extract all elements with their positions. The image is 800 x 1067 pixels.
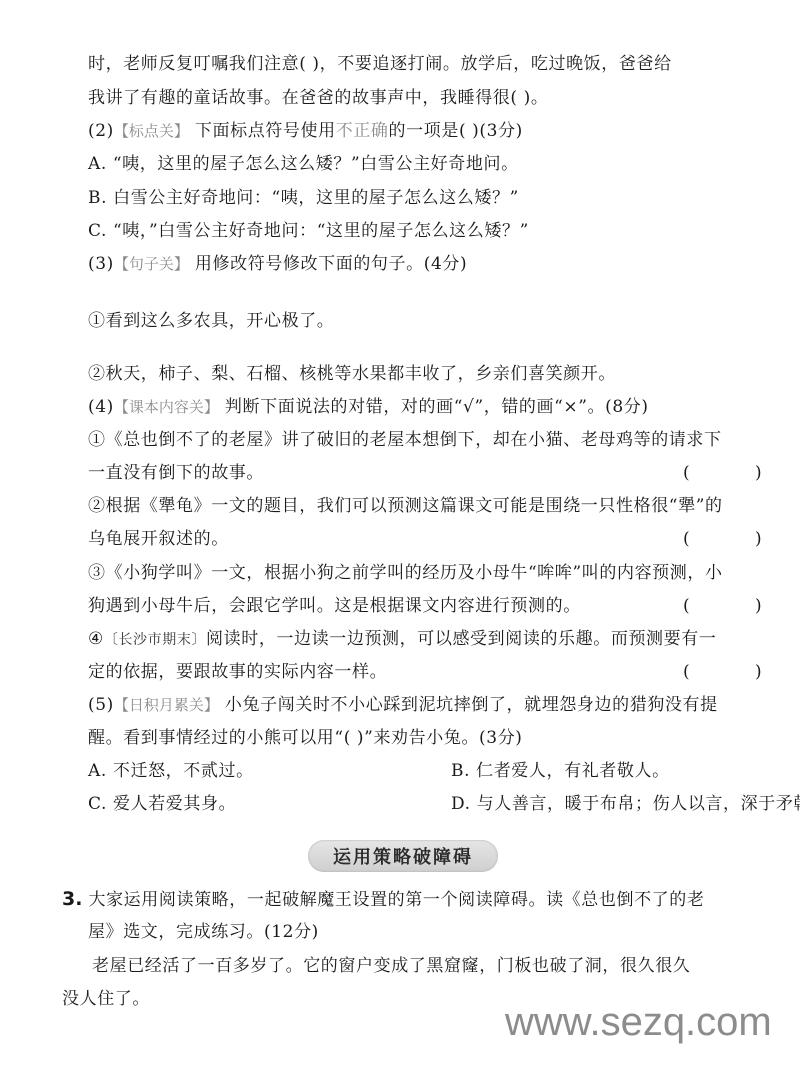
section-badge: 运用策略破障碍 xyxy=(308,840,498,872)
passage-line-1: 老屋已经活了一百多岁了。它的窗户变成了黑窟窿，门板也破了洞，很久很久 xyxy=(92,954,690,978)
section-tag: 【日积月累关】 xyxy=(114,696,219,714)
q5-options-row-2: C. 爱人若爱其身。 D. 与人善言，暖于布帛；伤人以言，深于矛戟。 xyxy=(88,792,236,816)
prompt-text: 下面标点符号使用 xyxy=(195,121,336,141)
judge-item-1-line-1: ①《总也倒不了的老屋》讲了破旧的老屋本想倒下，却在小猫、老母鸡等的请求下 xyxy=(88,428,722,452)
prompt-text: 判断下面说法的对错，对的画“√”，错的画“×”。(8分) xyxy=(225,397,649,417)
judge-item-4-line-1: ④〔长沙市期末〕阅读时，一边读一边预测，可以感受到阅读的乐趣。而预测要有一 xyxy=(88,627,716,652)
main-question-3-line-2: 屋》选文，完成练习。(12分) xyxy=(88,920,319,944)
answer-blank[interactable]: ( ) xyxy=(683,660,792,684)
option-c: C. 爱人若爱其身。 xyxy=(88,794,236,814)
option-d: D. 与人善言，暖于布帛；伤人以言，深于矛戟。 xyxy=(451,792,800,816)
intro-line-2: 我讲了有趣的童话故事。在爸爸的故事声中，我睡得很( )。 xyxy=(88,86,548,110)
judge-item-4-line-2: 定的依据，要跟故事的实际内容一样。 xyxy=(88,660,387,684)
source-tag: 〔长沙市期末〕 xyxy=(104,632,206,648)
section-tag: 【句子关】 xyxy=(114,255,189,273)
question-4-prompt: (4)【课本内容关】 判断下面说法的对错，对的画“√”，错的画“×”。(8分) xyxy=(88,395,649,419)
option-a: A. 不迁怒，不贰过。 xyxy=(88,761,254,781)
question-number: (4) xyxy=(88,397,114,417)
intro-line-1: 时，老师反复叮嘱我们注意( )，不要追逐打闹。放学后，吃过晚饭，爸爸给 xyxy=(88,52,672,76)
highlight-text: 不正确 xyxy=(336,121,389,141)
option-a: A. “咦，这里的屋子怎么这么矮？”白雪公主好奇地问。 xyxy=(88,152,519,176)
question-number: (3) xyxy=(88,254,114,274)
answer-blank[interactable]: ( ) xyxy=(683,461,792,485)
watermark: www.sezq.com xyxy=(505,1000,772,1045)
worksheet-page: 时，老师反复叮嘱我们注意( )，不要追逐打闹。放学后，吃过晚饭，爸爸给 我讲了有… xyxy=(0,0,800,1067)
question-number: (5) xyxy=(88,695,114,715)
answer-blank[interactable]: ( ) xyxy=(683,527,792,551)
section-tag: 【课本内容关】 xyxy=(114,398,219,416)
prompt-text: 用修改符号修改下面的句子。(4分) xyxy=(195,254,467,274)
question-5-line-2: 醒。看到事情经过的小熊可以用“( )”来劝告小兔。(3分) xyxy=(88,726,523,750)
section-tag: 【标点关】 xyxy=(114,122,189,140)
prompt-text: 的一项是( )(3分) xyxy=(389,121,523,141)
question-5-line-1: (5)【日积月累关】 小兔子闯关时不小心踩到泥坑摔倒了，就埋怨身边的猎狗没有提 xyxy=(88,693,718,717)
item-text: 阅读时，一边读一边预测，可以感受到阅读的乐趣。而预测要有一 xyxy=(206,629,716,649)
item-number: ④ xyxy=(88,629,104,649)
q5-options-row-1: A. 不迁怒，不贰过。 B. 仁者爱人，有礼者敬人。 xyxy=(88,759,254,783)
option-b: B. 仁者爱人，有礼者敬人。 xyxy=(451,759,670,783)
judge-item-3-line-2: 狗遇到小母牛后，会跟它学叫。这是根据课文内容进行预测的。 xyxy=(88,594,581,618)
question-number: (2) xyxy=(88,121,114,141)
judge-item-2-line-1: ②根据《犟龟》一文的题目，我们可以预测这篇课文可能是围绕一只性格很“犟”的 xyxy=(88,494,723,518)
prompt-text: 小兔子闯关时不小心踩到泥坑摔倒了，就埋怨身边的猎狗没有提 xyxy=(225,695,718,715)
sentence-2: ②秋天，柿子、梨、石榴、核桃等水果都丰收了，乡亲们喜笑颜开。 xyxy=(88,362,616,386)
main-question-3-line-1: 3. 大家运用阅读策略，一起破解魔王设置的第一个阅读障碍。读《总也倒不了的老 xyxy=(62,887,704,912)
sentence-1: ①看到这么多农具，开心极了。 xyxy=(88,309,334,333)
prompt-text: 大家运用阅读策略，一起破解魔王设置的第一个阅读障碍。读《总也倒不了的老 xyxy=(88,890,704,910)
answer-blank[interactable]: ( ) xyxy=(683,594,792,618)
judge-item-1-line-2: 一直没有倒下的故事。 xyxy=(88,461,264,485)
option-b: B. 白雪公主好奇地问：“咦，这里的屋子怎么这么矮？” xyxy=(88,186,519,210)
question-2-prompt: (2)【标点关】 下面标点符号使用不正确的一项是( )(3分) xyxy=(88,119,523,143)
question-3-prompt: (3)【句子关】 用修改符号修改下面的句子。(4分) xyxy=(88,252,467,276)
question-number: 3. xyxy=(62,888,82,910)
judge-item-3-line-1: ③《小狗学叫》一文，根据小狗之前学叫的经历及小母牛“哞哞”叫的内容预测，小 xyxy=(88,561,723,585)
judge-item-2-line-2: 乌龟展开叙述的。 xyxy=(88,527,229,551)
option-c: C. “咦，”白雪公主好奇地问：“这里的屋子怎么这么矮？” xyxy=(88,219,529,243)
passage-line-2: 没人住了。 xyxy=(62,987,150,1011)
